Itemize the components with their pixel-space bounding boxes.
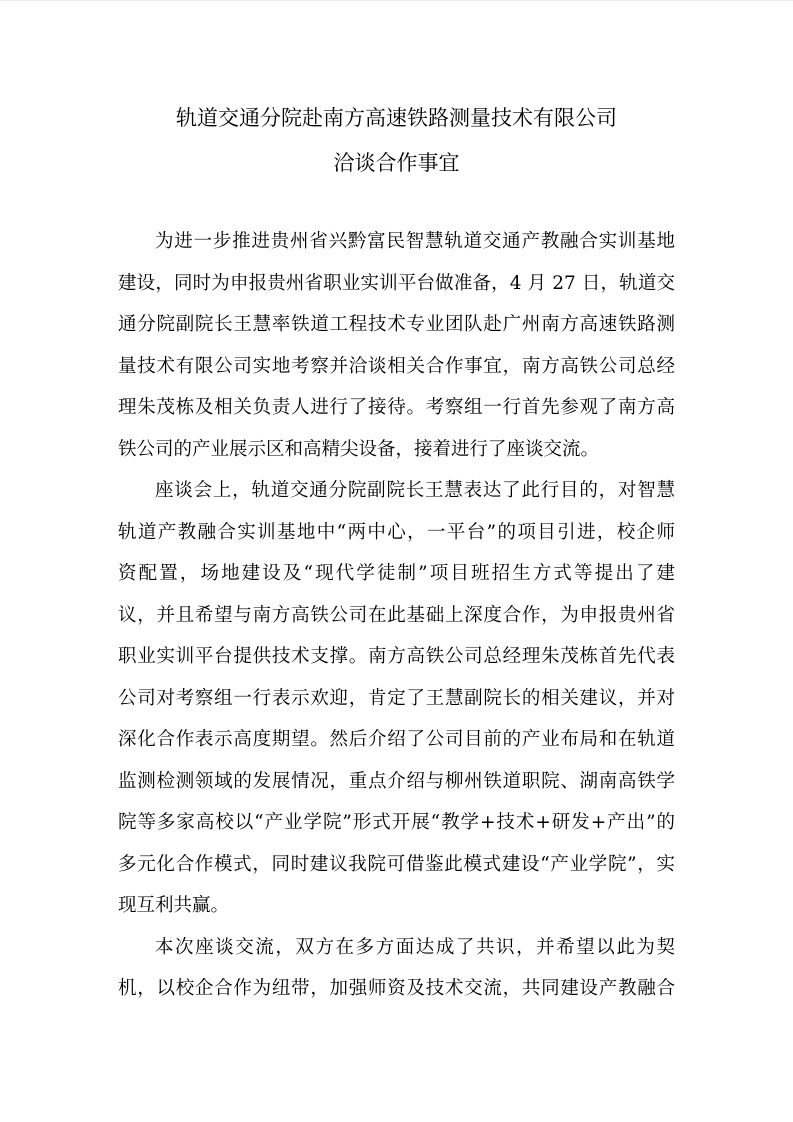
text-line: 职业实训平台提供技术支撑。南方高铁公司总经理朱茂栋首先代表 bbox=[118, 636, 675, 678]
text-line: 多元化合作模式，同时建议我院可借鉴此模式建设“产业学院”，实 bbox=[118, 844, 675, 886]
text-line: 理朱茂栋及相关负责人进行了接待。考察组一行首先参观了南方高 bbox=[118, 387, 675, 429]
paragraph-3: 本次座谈交流，双方在多方面达成了共识，并希望以此为契 机，以校企合作为纽带，加强… bbox=[118, 927, 675, 1010]
paragraph-1: 为进一步推进贵州省兴黔富民智慧轨道交通产教融合实训基地 建设，同时为申报贵州省职… bbox=[118, 221, 675, 470]
text-line: 铁公司的产业展示区和高精尖设备，接着进行了座谈交流。 bbox=[118, 429, 675, 471]
text-line: 量技术有限公司实地考察并洽谈相关合作事宜，南方高铁公司总经 bbox=[118, 346, 675, 388]
paragraph-2: 座谈会上，轨道交通分院副院长王慧表达了此行目的，对智慧 轨道产教融合实训基地中“… bbox=[118, 470, 675, 927]
text-line: 轨道产教融合实训基地中“两中心，一平台”的项目引进，校企师 bbox=[118, 512, 675, 554]
text-line: 议，并且希望与南方高铁公司在此基础上深度合作，为申报贵州省 bbox=[118, 595, 675, 637]
text-line: 通分院副院长王慧率铁道工程技术专业团队赴广州南方高速铁路测 bbox=[118, 304, 675, 346]
document-title-line-1: 轨道交通分院赴南方高速铁路测量技术有限公司 bbox=[118, 96, 675, 141]
text-line: 为进一步推进贵州省兴黔富民智慧轨道交通产教融合实训基地 bbox=[118, 221, 675, 263]
text-line: 公司对考察组一行表示欢迎，肯定了王慧副院长的相关建议，并对 bbox=[118, 678, 675, 720]
document-page: 轨道交通分院赴南方高速铁路测量技术有限公司 洽谈合作事宜 为进一步推进贵州省兴黔… bbox=[0, 0, 793, 1122]
text-line: 深化合作表示高度期望。然后介绍了公司目前的产业布局和在轨道 bbox=[118, 719, 675, 761]
document-body: 为进一步推进贵州省兴黔富民智慧轨道交通产教融合实训基地 建设，同时为申报贵州省职… bbox=[118, 221, 675, 1010]
text-line: 建设，同时为申报贵州省职业实训平台做准备，4 月 27 日，轨道交 bbox=[118, 263, 675, 305]
text-line: 机，以校企合作为纽带，加强师资及技术交流，共同建设产教融合 bbox=[118, 968, 675, 1010]
text-line: 现互利共赢。 bbox=[118, 885, 675, 927]
text-line: 座谈会上，轨道交通分院副院长王慧表达了此行目的，对智慧 bbox=[118, 470, 675, 512]
text-line: 本次座谈交流，双方在多方面达成了共识，并希望以此为契 bbox=[118, 927, 675, 969]
document-content: 轨道交通分院赴南方高速铁路测量技术有限公司 洽谈合作事宜 为进一步推进贵州省兴黔… bbox=[0, 1, 793, 1010]
text-line: 监测检测领域的发展情况，重点介绍与柳州铁道职院、湖南高铁学 bbox=[118, 761, 675, 803]
text-line: 资配置，场地建设及“现代学徒制”项目班招生方式等提出了建 bbox=[118, 553, 675, 595]
text-line: 院等多家高校以“产业学院”形式开展“教学+技术+研发+产出”的 bbox=[118, 802, 675, 844]
document-title-line-2: 洽谈合作事宜 bbox=[118, 141, 675, 186]
